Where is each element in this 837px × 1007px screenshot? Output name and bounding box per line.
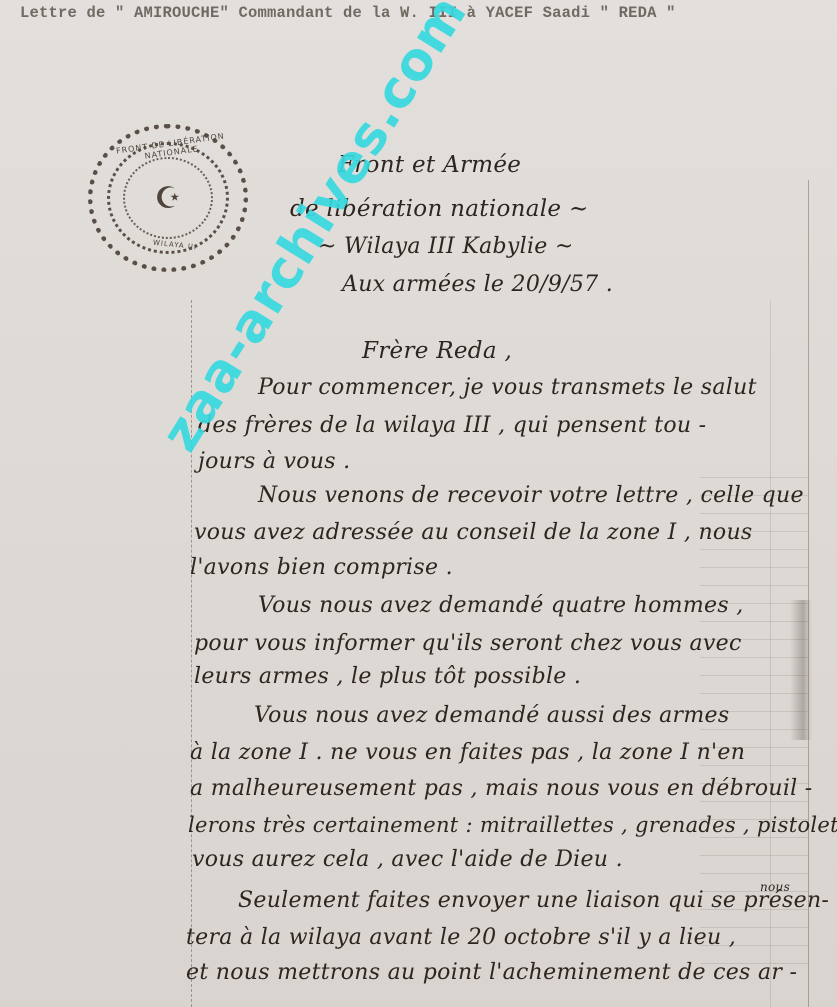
body-line: Pour commencer, je vous transmets le sal…	[258, 375, 757, 400]
salutation: Frère Reda ,	[362, 338, 512, 364]
body-line: lerons très certainement : mitraillettes…	[188, 813, 837, 837]
body-line: des frères de la wilaya III , qui pensen…	[198, 413, 706, 438]
letterhead-line-3: ~ Wilaya III Kabylie ~	[318, 234, 574, 259]
body-line: Nous venons de recevoir votre lettre , c…	[258, 483, 804, 508]
body-line: Seulement faites envoyer une liaison qui…	[238, 888, 829, 913]
body-line: l'avons bien comprise .	[190, 555, 453, 580]
body-line: et nous mettrons au point l'acheminement…	[186, 960, 797, 985]
body-line: leurs armes , le plus tôt possible .	[194, 664, 581, 689]
body-line: à la zone I . ne vous en faites pas , la…	[190, 740, 745, 765]
letterhead-date: Aux armées le 20/9/57 .	[342, 272, 613, 297]
body-line: Vous nous avez demandé aussi des armes	[254, 703, 729, 728]
body-line: Vous nous avez demandé quatre hommes ,	[258, 593, 744, 618]
body-line: pour vous informer qu'ils seront chez vo…	[194, 631, 742, 656]
paper-edge-shadow	[790, 600, 812, 740]
body-line: vous aurez cela , avec l'aide de Dieu .	[192, 847, 623, 872]
scanned-letter-page: Lettre de " AMIROUCHE" Commandant de la …	[0, 0, 837, 1007]
body-line: tera à la wilaya avant le 20 octobre s'i…	[186, 925, 736, 950]
body-line: a malheureusement pas , mais nous vous e…	[190, 776, 813, 801]
official-seal-stamp: FRONT DE LIBÉRATION NATIONALE ☪ WILAYA I…	[88, 124, 248, 272]
right-margin-rule	[808, 180, 809, 1007]
body-line: vous avez adressée au conseil de la zone…	[194, 520, 753, 545]
body-line: jours à vous .	[198, 449, 350, 474]
